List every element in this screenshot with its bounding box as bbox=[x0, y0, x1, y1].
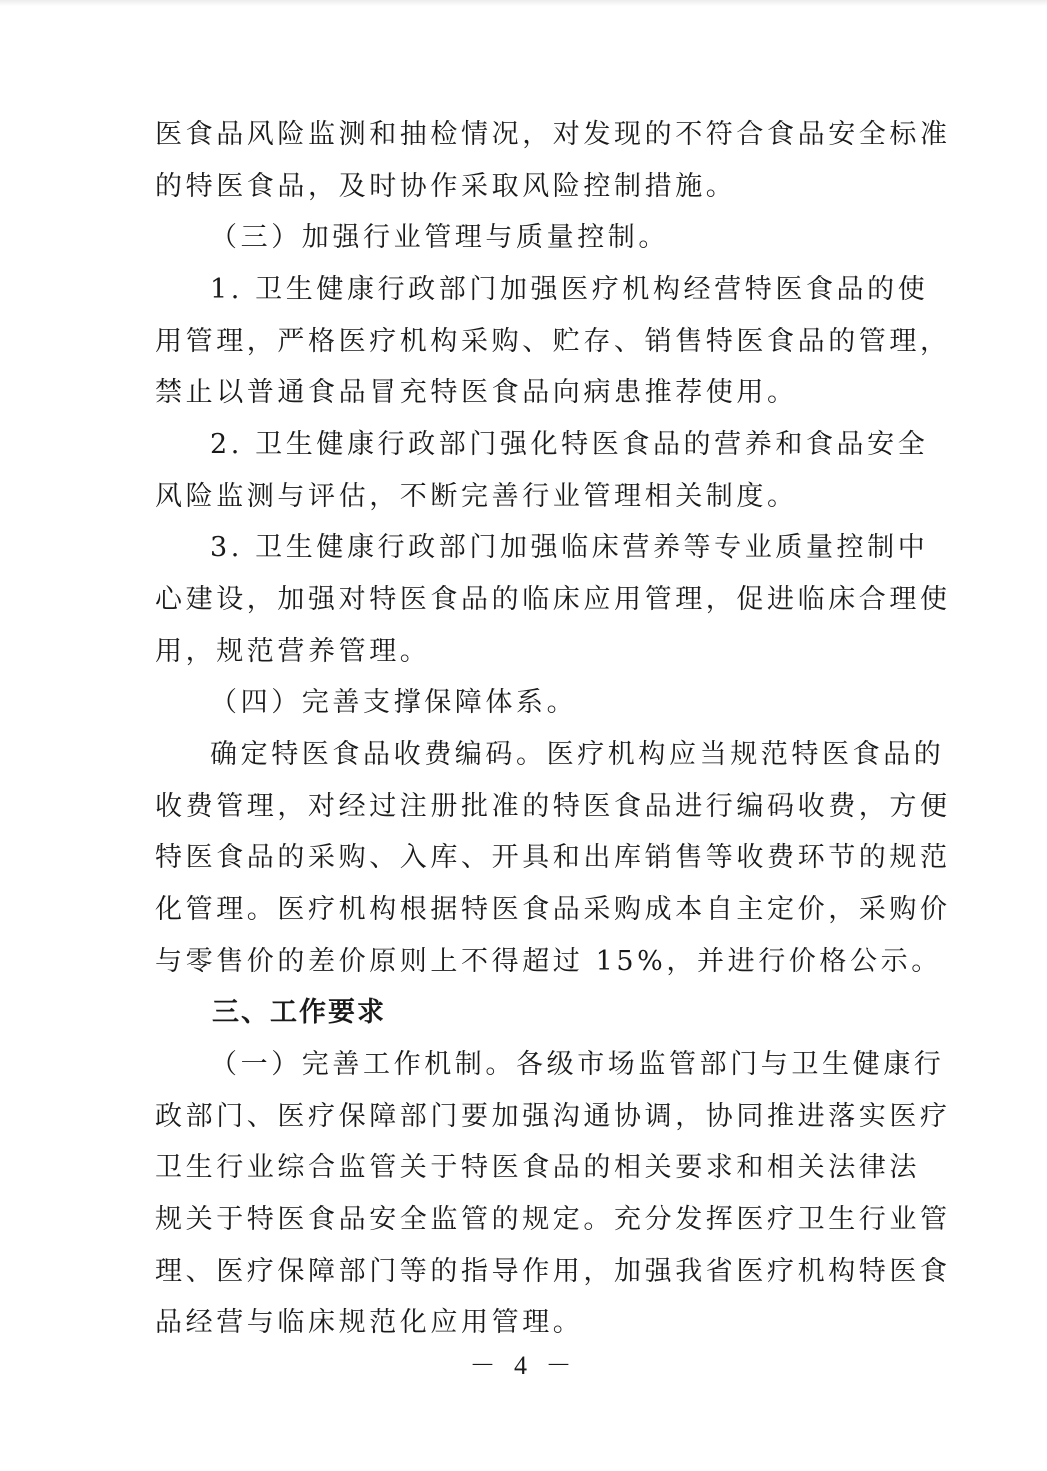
body-line: 卫生行业综合监管关于特医食品的相关要求和相关法律法 bbox=[155, 1148, 895, 1188]
body-line: 医食品风险监测和抽检情况，对发现的不符合食品安全标准 bbox=[155, 115, 895, 155]
body-line: 品经营与临床规范化应用管理。 bbox=[155, 1303, 895, 1343]
paragraph-first-line: 1. 卫生健康行政部门加强医疗机构经营特医食品的使 bbox=[210, 270, 950, 310]
body-line: 心建设，加强对特医食品的临床应用管理，促进临床合理使 bbox=[155, 580, 895, 620]
paragraph-first-line: 确定特医食品收费编码。医疗机构应当规范特医食品的 bbox=[210, 735, 950, 775]
body-line: 收费管理，对经过注册批准的特医食品进行编码收费，方便 bbox=[155, 787, 895, 827]
document-page: 医食品风险监测和抽检情况，对发现的不符合食品安全标准 的特医食品，及时协作采取风… bbox=[0, 0, 1047, 1471]
body-line: 政部门、医疗保障部门要加强沟通协调，协同推进落实医疗 bbox=[155, 1097, 895, 1137]
body-line: 用管理，严格医疗机构采购、贮存、销售特医食品的管理， bbox=[155, 322, 895, 362]
paragraph-first-line: 3. 卫生健康行政部门加强临床营养等专业质量控制中 bbox=[210, 528, 950, 568]
body-line: 化管理。医疗机构根据特医食品采购成本自主定价，采购价 bbox=[155, 890, 895, 930]
body-line: 与零售价的差价原则上不得超过 15%，并进行价格公示。 bbox=[155, 942, 895, 982]
body-line: 理、医疗保障部门等的指导作用，加强我省医疗机构特医食 bbox=[155, 1252, 895, 1292]
paragraph-first-line: 2. 卫生健康行政部门强化特医食品的营养和食品安全 bbox=[210, 425, 950, 465]
section-heading: 三、工作要求 bbox=[212, 993, 952, 1033]
page-number: － 4 － bbox=[0, 1345, 1047, 1382]
body-line: 规关于特医食品安全监管的规定。充分发挥医疗卫生行业管 bbox=[155, 1200, 895, 1240]
body-line: 特医食品的采购、入库、开具和出库销售等收费环节的规范 bbox=[155, 838, 895, 878]
body-line: 禁止以普通食品冒充特医食品向病患推荐使用。 bbox=[155, 373, 895, 413]
subsection-heading: （三）加强行业管理与质量控制。 bbox=[210, 218, 950, 258]
paragraph-first-line: （一）完善工作机制。各级市场监管部门与卫生健康行 bbox=[210, 1045, 950, 1085]
body-line: 风险监测与评估，不断完善行业管理相关制度。 bbox=[155, 477, 895, 517]
subsection-heading: （四）完善支撑保障体系。 bbox=[210, 683, 950, 723]
body-line: 的特医食品，及时协作采取风险控制措施。 bbox=[155, 167, 895, 207]
body-line: 用，规范营养管理。 bbox=[155, 632, 895, 672]
